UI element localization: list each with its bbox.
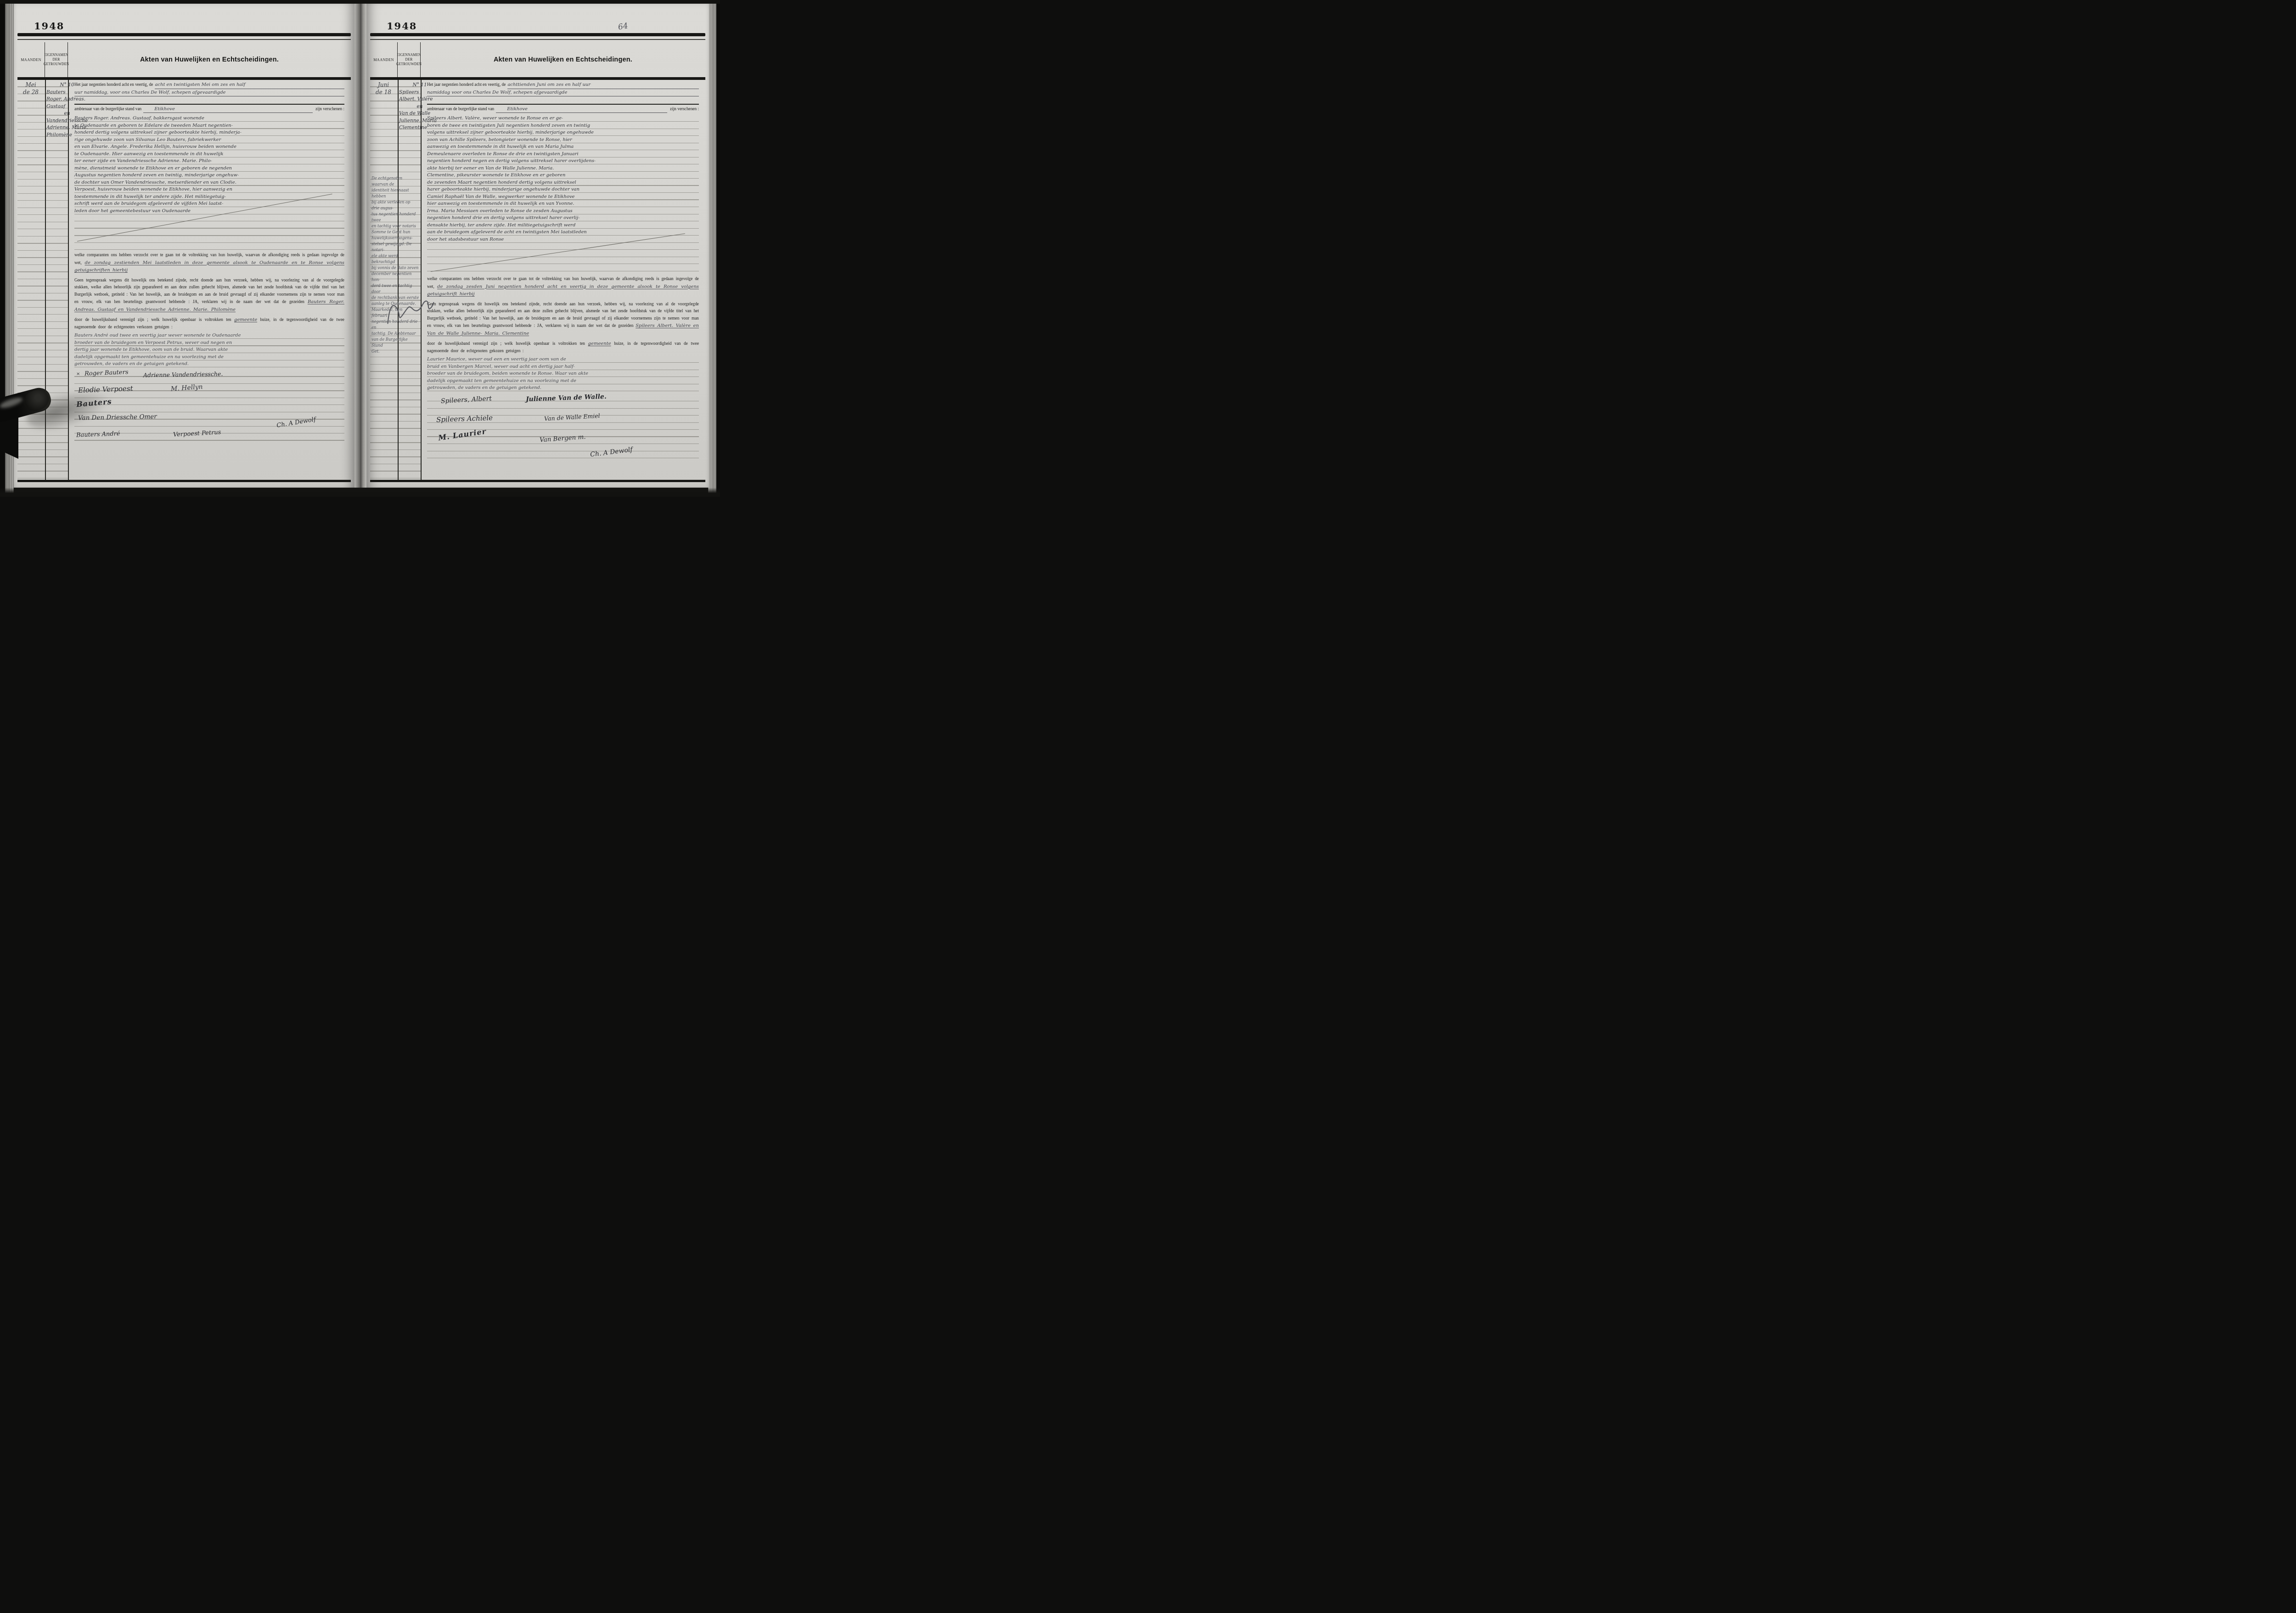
act-column: Het jaar negentien honderd acht en veert… [69, 80, 351, 480]
marginal-annotation: De echtgenoten waarvan de identiteit hie… [371, 175, 419, 354]
signature-bride: Julienne Van de Walle. [526, 393, 607, 403]
blank-fill-line [427, 96, 699, 105]
signature-bride: Adrienne Vandendriessche. [143, 370, 223, 378]
municipality-handwriting: Etikhove [496, 106, 667, 113]
column-header-eigennamen: EIGENNAMEN DER GETROUWDEN [398, 42, 421, 77]
form-header: MAANDEN EIGENNAMEN DER GETROUWDEN Akten … [17, 42, 351, 80]
year-label: 1948 [387, 20, 417, 32]
signature-groom: Roger Bauters [84, 369, 129, 377]
register-book-scan: 1948 MAANDEN EIGENNAMEN DER GETROUWDEN A… [0, 0, 720, 497]
book-edge-right [708, 0, 720, 497]
venue-handwriting: gemeente [234, 317, 257, 322]
signature-father-groom: Spileers Achiele [436, 413, 493, 423]
request-paragraph: welke comparanten ons hebben verzocht ov… [74, 252, 344, 275]
opening-officiant-handwriting: namiddag voor ons Charles De Wolf, schep… [427, 89, 699, 97]
publication-date-handwriting: de zondag zestienden Mei laatstleden in … [74, 260, 344, 273]
blank-ruled-area [74, 214, 344, 250]
rule-thin [370, 39, 705, 40]
registrar-line: ambtenaar van de burgerlijke stand van E… [427, 106, 699, 113]
signature-block: × Roger Bauters Adrienne Vandendriessche… [74, 370, 344, 443]
signature-mother-groom: M. Hellyn [171, 383, 203, 393]
opening-date-handwriting: achttienden Juni om zes en half uur [507, 81, 699, 89]
signature-witness-2: Verpoest Petrus [173, 429, 221, 438]
form-title: Akten van Huwelijken en Echtscheidingen. [421, 42, 705, 77]
margin-month: Mei de 28 [17, 82, 44, 96]
signature-block: Spileers, Albert Julienne Van de Walle. … [427, 394, 699, 463]
page-number: 64 [617, 21, 629, 32]
column-header-maanden: MAANDEN [17, 42, 45, 77]
signature-witness-1: M. Laurier [438, 427, 487, 442]
margin-month: Juni de 18 [370, 82, 397, 96]
witnesses-handwriting: Laurier Maurice, wever oud een en veerti… [427, 356, 699, 392]
rule-thick [17, 33, 351, 36]
signature-father-bride: Van de Walle Emiel [544, 412, 600, 422]
act-column: Het jaar negentien honderd acht en veert… [422, 80, 705, 480]
column-header-maanden: MAANDEN [370, 42, 398, 77]
column-header-eigennamen: EIGENNAMEN DER GETROUWDEN [45, 42, 68, 77]
signature-witness-2: Van Bergen m. [540, 433, 586, 444]
union-paragraph: door de huwelijksband verenigd zijn ; we… [427, 340, 699, 355]
blank-fill-line [74, 96, 344, 105]
form-header: MAANDEN EIGENNAMEN DER GETROUWDEN Akten … [370, 42, 705, 80]
rule-thick [370, 33, 705, 36]
no-objection-paragraph: Geen tegenspraak wegens dit huwelijk ons… [427, 301, 699, 338]
signature-mark: × [76, 371, 80, 377]
signature-witness-1: Bauters André [76, 430, 120, 438]
margin-names: N° 10 Bauters Roger. Andreas. Gustaaf en… [46, 82, 108, 139]
signature-groom: Spileers, Albert [441, 395, 492, 405]
act-opening-line: Het jaar negentien honderd acht en veert… [74, 81, 344, 89]
signature-official: Ch. A Dewolf [276, 416, 316, 429]
witnesses-handwriting: Bauters André oud twee en veertig jaar w… [74, 332, 344, 368]
municipality-handwriting: Etikhove [143, 106, 313, 113]
request-paragraph: welke comparanten ons hebben verzocht ov… [427, 276, 699, 298]
opening-officiant-handwriting: uur namiddag, voor ons Charles De Wolf, … [74, 89, 344, 97]
rule-thin [17, 39, 351, 40]
union-paragraph: door de huwelijksband verenigd zijn ; we… [74, 316, 344, 331]
parties-handwriting: Spileers Albert. Valère, wever wonende t… [427, 115, 699, 243]
act-opening-line: Het jaar negentien honderd acht en veert… [427, 81, 699, 89]
signature-official: Ch. A Dewolf [590, 446, 633, 458]
form-title: Akten van Huwelijken en Echtscheidingen. [68, 42, 351, 77]
blank-ruled-area [427, 243, 699, 275]
form-body-right: Juni de 18 N° 11 Spileers Albert. Valère… [370, 80, 705, 482]
no-objection-paragraph: Geen tegenspraak wegens dit huwelijk ons… [74, 277, 344, 314]
opening-date-handwriting: acht en twintigsten Mei om zes en half [155, 81, 344, 89]
publication-date-handwriting: de zondag zesden Juni negentien honderd … [427, 284, 699, 297]
book-gutter [355, 4, 366, 488]
registrar-line: ambtenaar van de burgerlijke stand van E… [74, 106, 344, 113]
page-right: 1948 64 MAANDEN EIGENNAMEN DER GETROUWDE… [366, 4, 709, 488]
margin-names: N° 11 Spileers Albert. Valère en Van de … [399, 82, 461, 132]
venue-handwriting: gemeente [588, 341, 611, 346]
year-label: 1948 [34, 20, 64, 32]
